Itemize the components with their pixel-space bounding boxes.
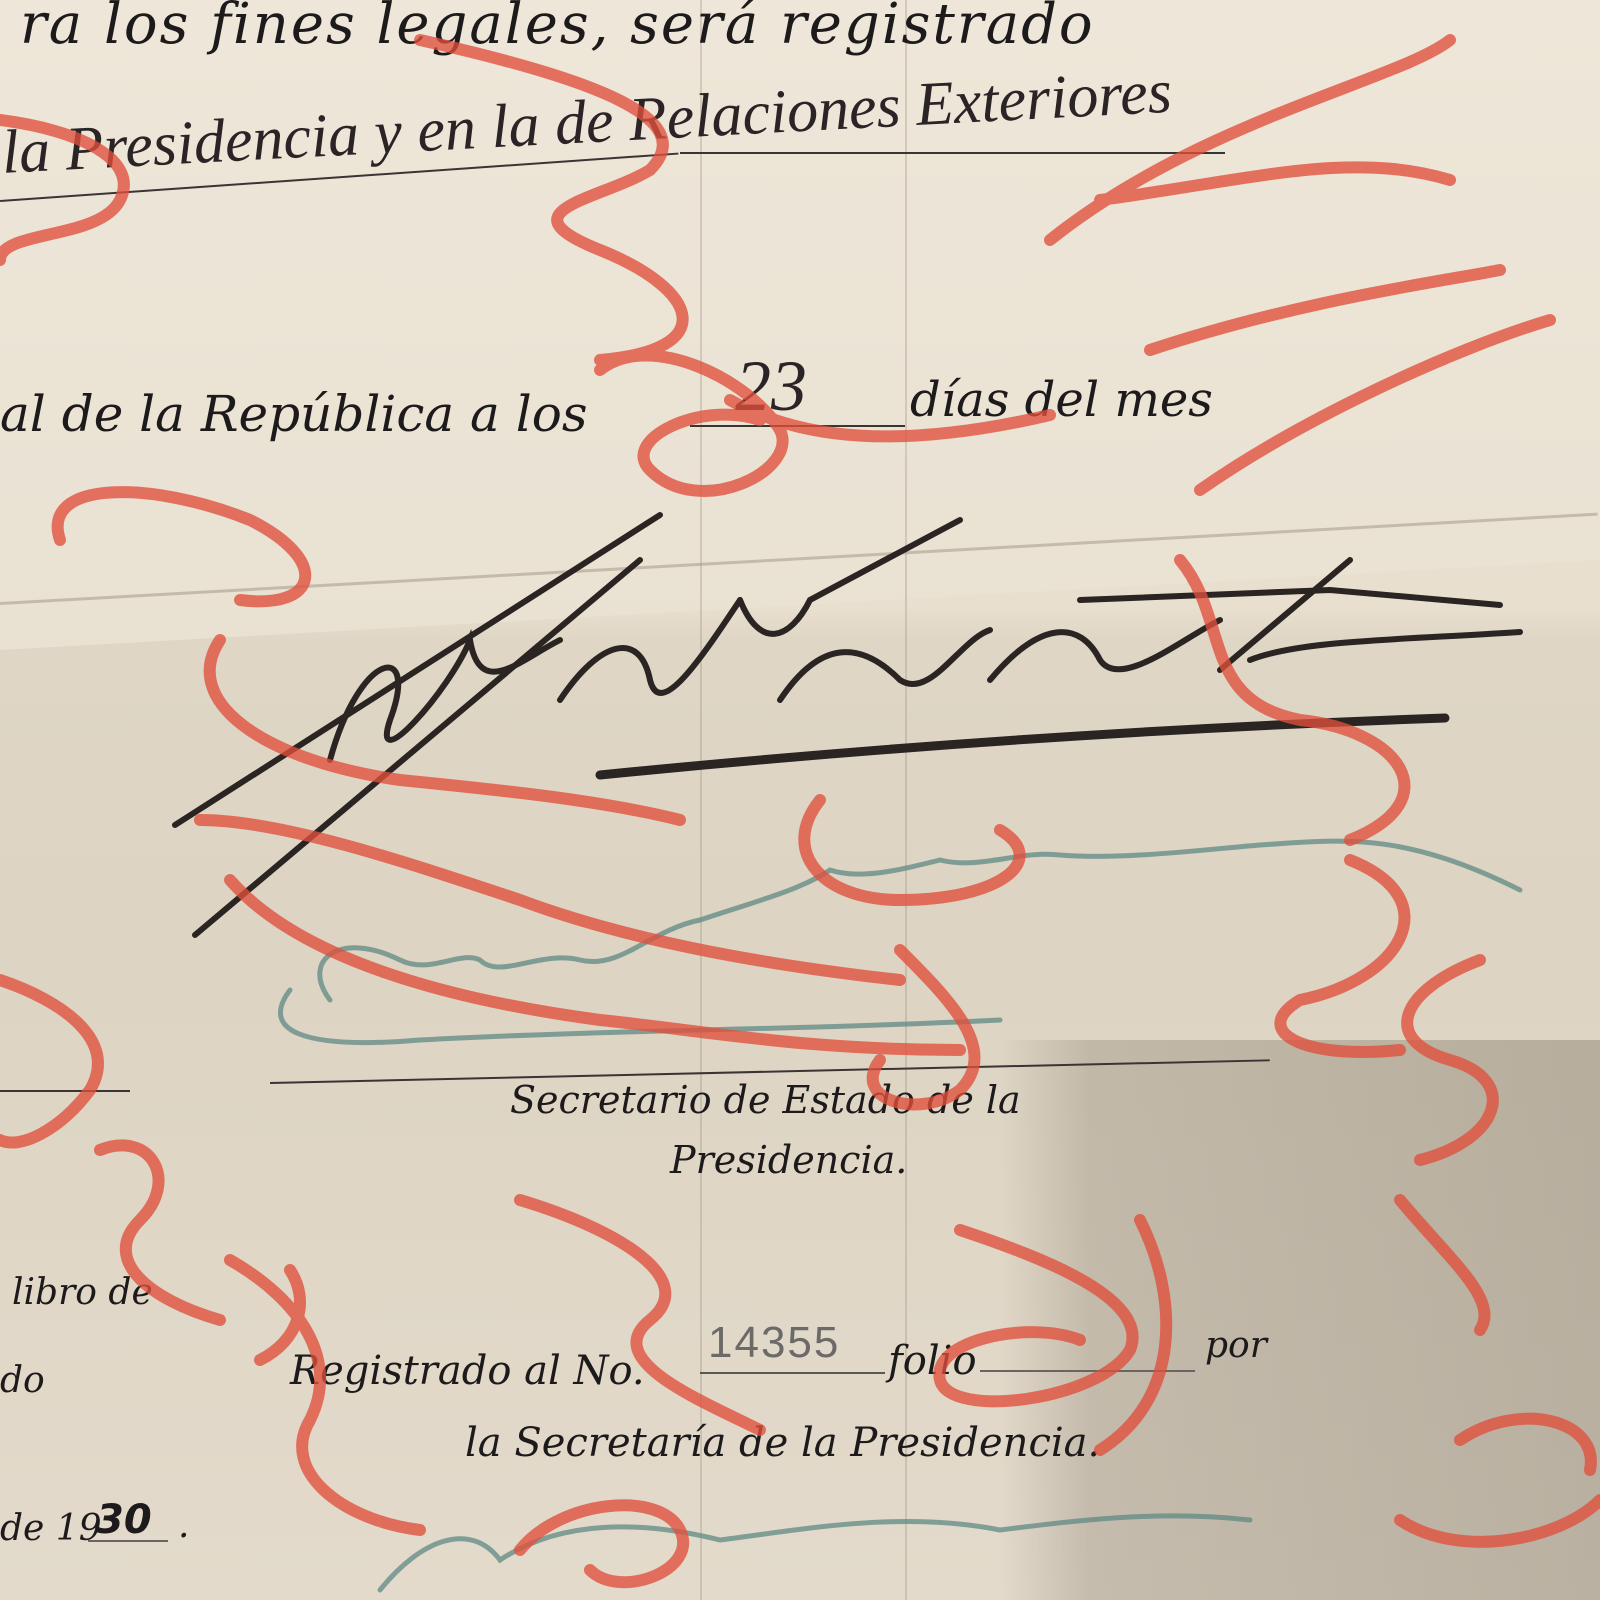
year-prefix: de 19 bbox=[0, 1508, 102, 1549]
underline bbox=[680, 152, 1225, 154]
day-underline bbox=[690, 425, 905, 427]
secretaria-line: la Secretaría de la Presidencia. bbox=[465, 1420, 1100, 1466]
folio-label: folio bbox=[888, 1338, 977, 1384]
text-dias-del-mes: días del mes bbox=[910, 372, 1213, 428]
secretary-title-line2: Presidencia. bbox=[670, 1138, 907, 1182]
year-period: . bbox=[178, 1505, 189, 1546]
text-libro-de: libro de bbox=[12, 1272, 153, 1313]
por-label: por bbox=[1205, 1325, 1267, 1366]
text-republica: al de la República a los bbox=[0, 385, 587, 443]
number-underline bbox=[700, 1372, 885, 1374]
folio-blank-line bbox=[980, 1370, 1195, 1372]
photo-shadow bbox=[1000, 1040, 1600, 1600]
text-do: do bbox=[0, 1360, 45, 1401]
registration-number: 14355 bbox=[708, 1318, 840, 1368]
text-line-fines-legales: ra los fines legales, será registrado bbox=[20, 0, 1095, 57]
handwritten-day: 23 bbox=[735, 345, 807, 428]
year-handwritten: 30 bbox=[96, 1497, 152, 1543]
vertical-fold bbox=[700, 0, 702, 1600]
registered-label: Registrado al No. bbox=[290, 1348, 645, 1394]
signature-line-left bbox=[0, 1090, 130, 1092]
year-underline bbox=[88, 1540, 168, 1542]
secretary-title-line1: Secretario de Estado de la bbox=[510, 1078, 1021, 1122]
